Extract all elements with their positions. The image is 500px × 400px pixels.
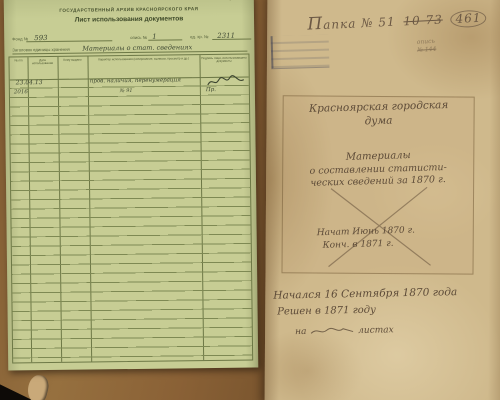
heading-value: Материалы о стат. сведениях: [82, 43, 192, 52]
col-header-issued: Кому выдано: [57, 57, 87, 79]
delo-label: ед. хр. №: [190, 34, 208, 39]
crossed-numbers: 10 73: [403, 13, 443, 29]
top-inscription-word: апка: [323, 16, 357, 31]
col-header-npp: № п/п: [9, 57, 27, 79]
entry-row-2-date: 2016: [14, 89, 28, 95]
bottom-line2: Решен в 1871 году: [277, 305, 376, 318]
archive-stamp: [271, 35, 330, 70]
sheet-count-scribble: [309, 325, 355, 338]
top-inscription-initial: П: [307, 14, 324, 35]
heading-line: Заголовок единицы хранения Материалы о с…: [12, 40, 247, 55]
usage-table: № п/п Дата использования Кому выдано Хар…: [8, 54, 253, 364]
entry-row-1-date: 23.04.13: [16, 79, 43, 86]
file-number: № 51: [361, 15, 396, 31]
finished-line: Конч. в 1871 г.: [323, 239, 394, 251]
archive-title: ГОСУДАРСТВЕННЫЙ АРХИВ КРАСНОЯРСКОГО КРАЯ: [4, 5, 254, 13]
usage-form-sheet: Форма № 21 ГОСУДАРСТВЕННЫЙ АРХИВ КРАСНОЯ…: [4, 0, 259, 371]
col-header-usage: Характер использования (копирование, вып…: [87, 55, 199, 78]
form-number: Форма № 21: [224, 0, 247, 1]
opis-label: опись №: [130, 35, 147, 40]
bottom-line3-prefix: на: [295, 327, 306, 337]
file-cover-page: Папка № 51 10 73 461 опись № 144 Красноя…: [265, 0, 500, 400]
entry-row-1-usage: пров. наличия, перенумерация: [90, 77, 181, 84]
sheet-title: Лист использования документов: [4, 14, 254, 24]
pasted-title-block: Красноярская городская дума Материалы о …: [281, 95, 474, 274]
heading-label: Заголовок единицы хранения: [12, 47, 69, 53]
organization-line2: дума: [283, 112, 473, 129]
bottom-line1: Начался 16 Сентября 1870 года: [273, 286, 457, 302]
side-note: опись № 144: [417, 38, 437, 55]
bottom-line3-suffix: листах: [358, 325, 394, 336]
table-ruled-rows: 23.04.13 пров. наличия, перенумерация 20…: [10, 77, 252, 363]
archival-scan: Форма № 21 ГОСУДАРСТВЕННЫЙ АРХИВ КРАСНОЯ…: [0, 0, 500, 400]
top-inscription: Папка № 51 10 73 461: [307, 6, 500, 35]
entry-row-2-signature: Пр.: [206, 87, 216, 93]
side-note-line2: № 144: [417, 46, 437, 55]
entry-row-2-usage: № 91: [120, 88, 133, 94]
final-number: 461: [450, 10, 487, 29]
bottom-line3: на листах: [295, 324, 394, 338]
col-header-date: Дата использования: [27, 57, 57, 79]
